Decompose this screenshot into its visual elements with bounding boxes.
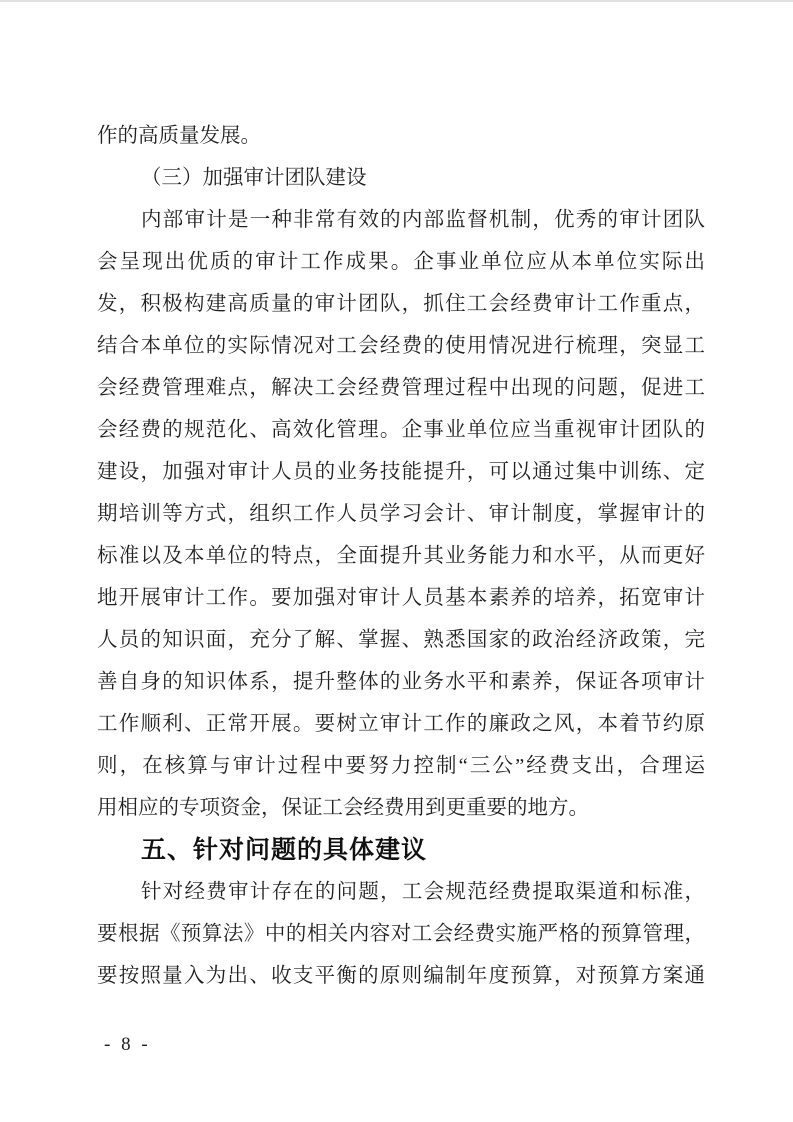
heading-line: （三）加强审计团队建设 [97, 157, 705, 199]
text-line: 标准以及本单位的特点，全面提升其业务能力和水平，从而更好 [97, 535, 705, 577]
text-line: 作的高质量发展。 [97, 115, 705, 157]
document-page: 作的高质量发展。（三）加强审计团队建设内部审计是一种非常有效的内部监督机制，优秀… [0, 0, 793, 1122]
heading-line: 五、针对问题的具体建议 [97, 829, 705, 871]
text-line: 则，在核算与审计过程中要努力控制“三公”经费支出，合理运 [97, 745, 705, 787]
text-line: 要按照量入为出、收支平衡的原则编制年度预算，对预算方案通 [97, 955, 705, 997]
text-line: 地开展审计工作。要加强对审计人员基本素养的培养，拓宽审计 [97, 577, 705, 619]
text-line: 会呈现出优质的审计工作成果。企事业单位应从本单位实际出 [97, 241, 705, 283]
text-line: 会经费的规范化、高效化管理。企事业单位应当重视审计团队的 [97, 409, 705, 451]
text-line: 结合本单位的实际情况对工会经费的使用情况进行梳理，突显工 [97, 325, 705, 367]
text-line: 善自身的知识体系，提升整体的业务水平和素养，保证各项审计 [97, 661, 705, 703]
text-line: 发，积极构建高质量的审计团队，抓住工会经费审计工作重点， [97, 283, 705, 325]
text-line: 建设，加强对审计人员的业务技能提升，可以通过集中训练、定 [97, 451, 705, 493]
text-line: 会经费管理难点，解决工会经费管理过程中出现的问题，促进工 [97, 367, 705, 409]
page-top-edge [0, 0, 793, 2]
text-line: 用相应的专项资金，保证工会经费用到更重要的地方。 [97, 787, 705, 829]
text-line: 人员的知识面，充分了解、掌握、熟悉国家的政治经济政策，完 [97, 619, 705, 661]
text-line: 期培训等方式，组织工作人员学习会计、审计制度，掌握审计的 [97, 493, 705, 535]
text-line: 工作顺利、正常开展。要树立审计工作的廉政之风，本着节约原 [97, 703, 705, 745]
text-line: 内部审计是一种非常有效的内部监督机制，优秀的审计团队 [97, 199, 705, 241]
text-line: 针对经费审计存在的问题，工会规范经费提取渠道和标准， [97, 871, 705, 913]
page-number: - 8 - [104, 1033, 151, 1057]
document-text-block: 作的高质量发展。（三）加强审计团队建设内部审计是一种非常有效的内部监督机制，优秀… [97, 115, 705, 997]
text-line: 要根据《预算法》中的相关内容对工会经费实施严格的预算管理， [97, 913, 705, 955]
